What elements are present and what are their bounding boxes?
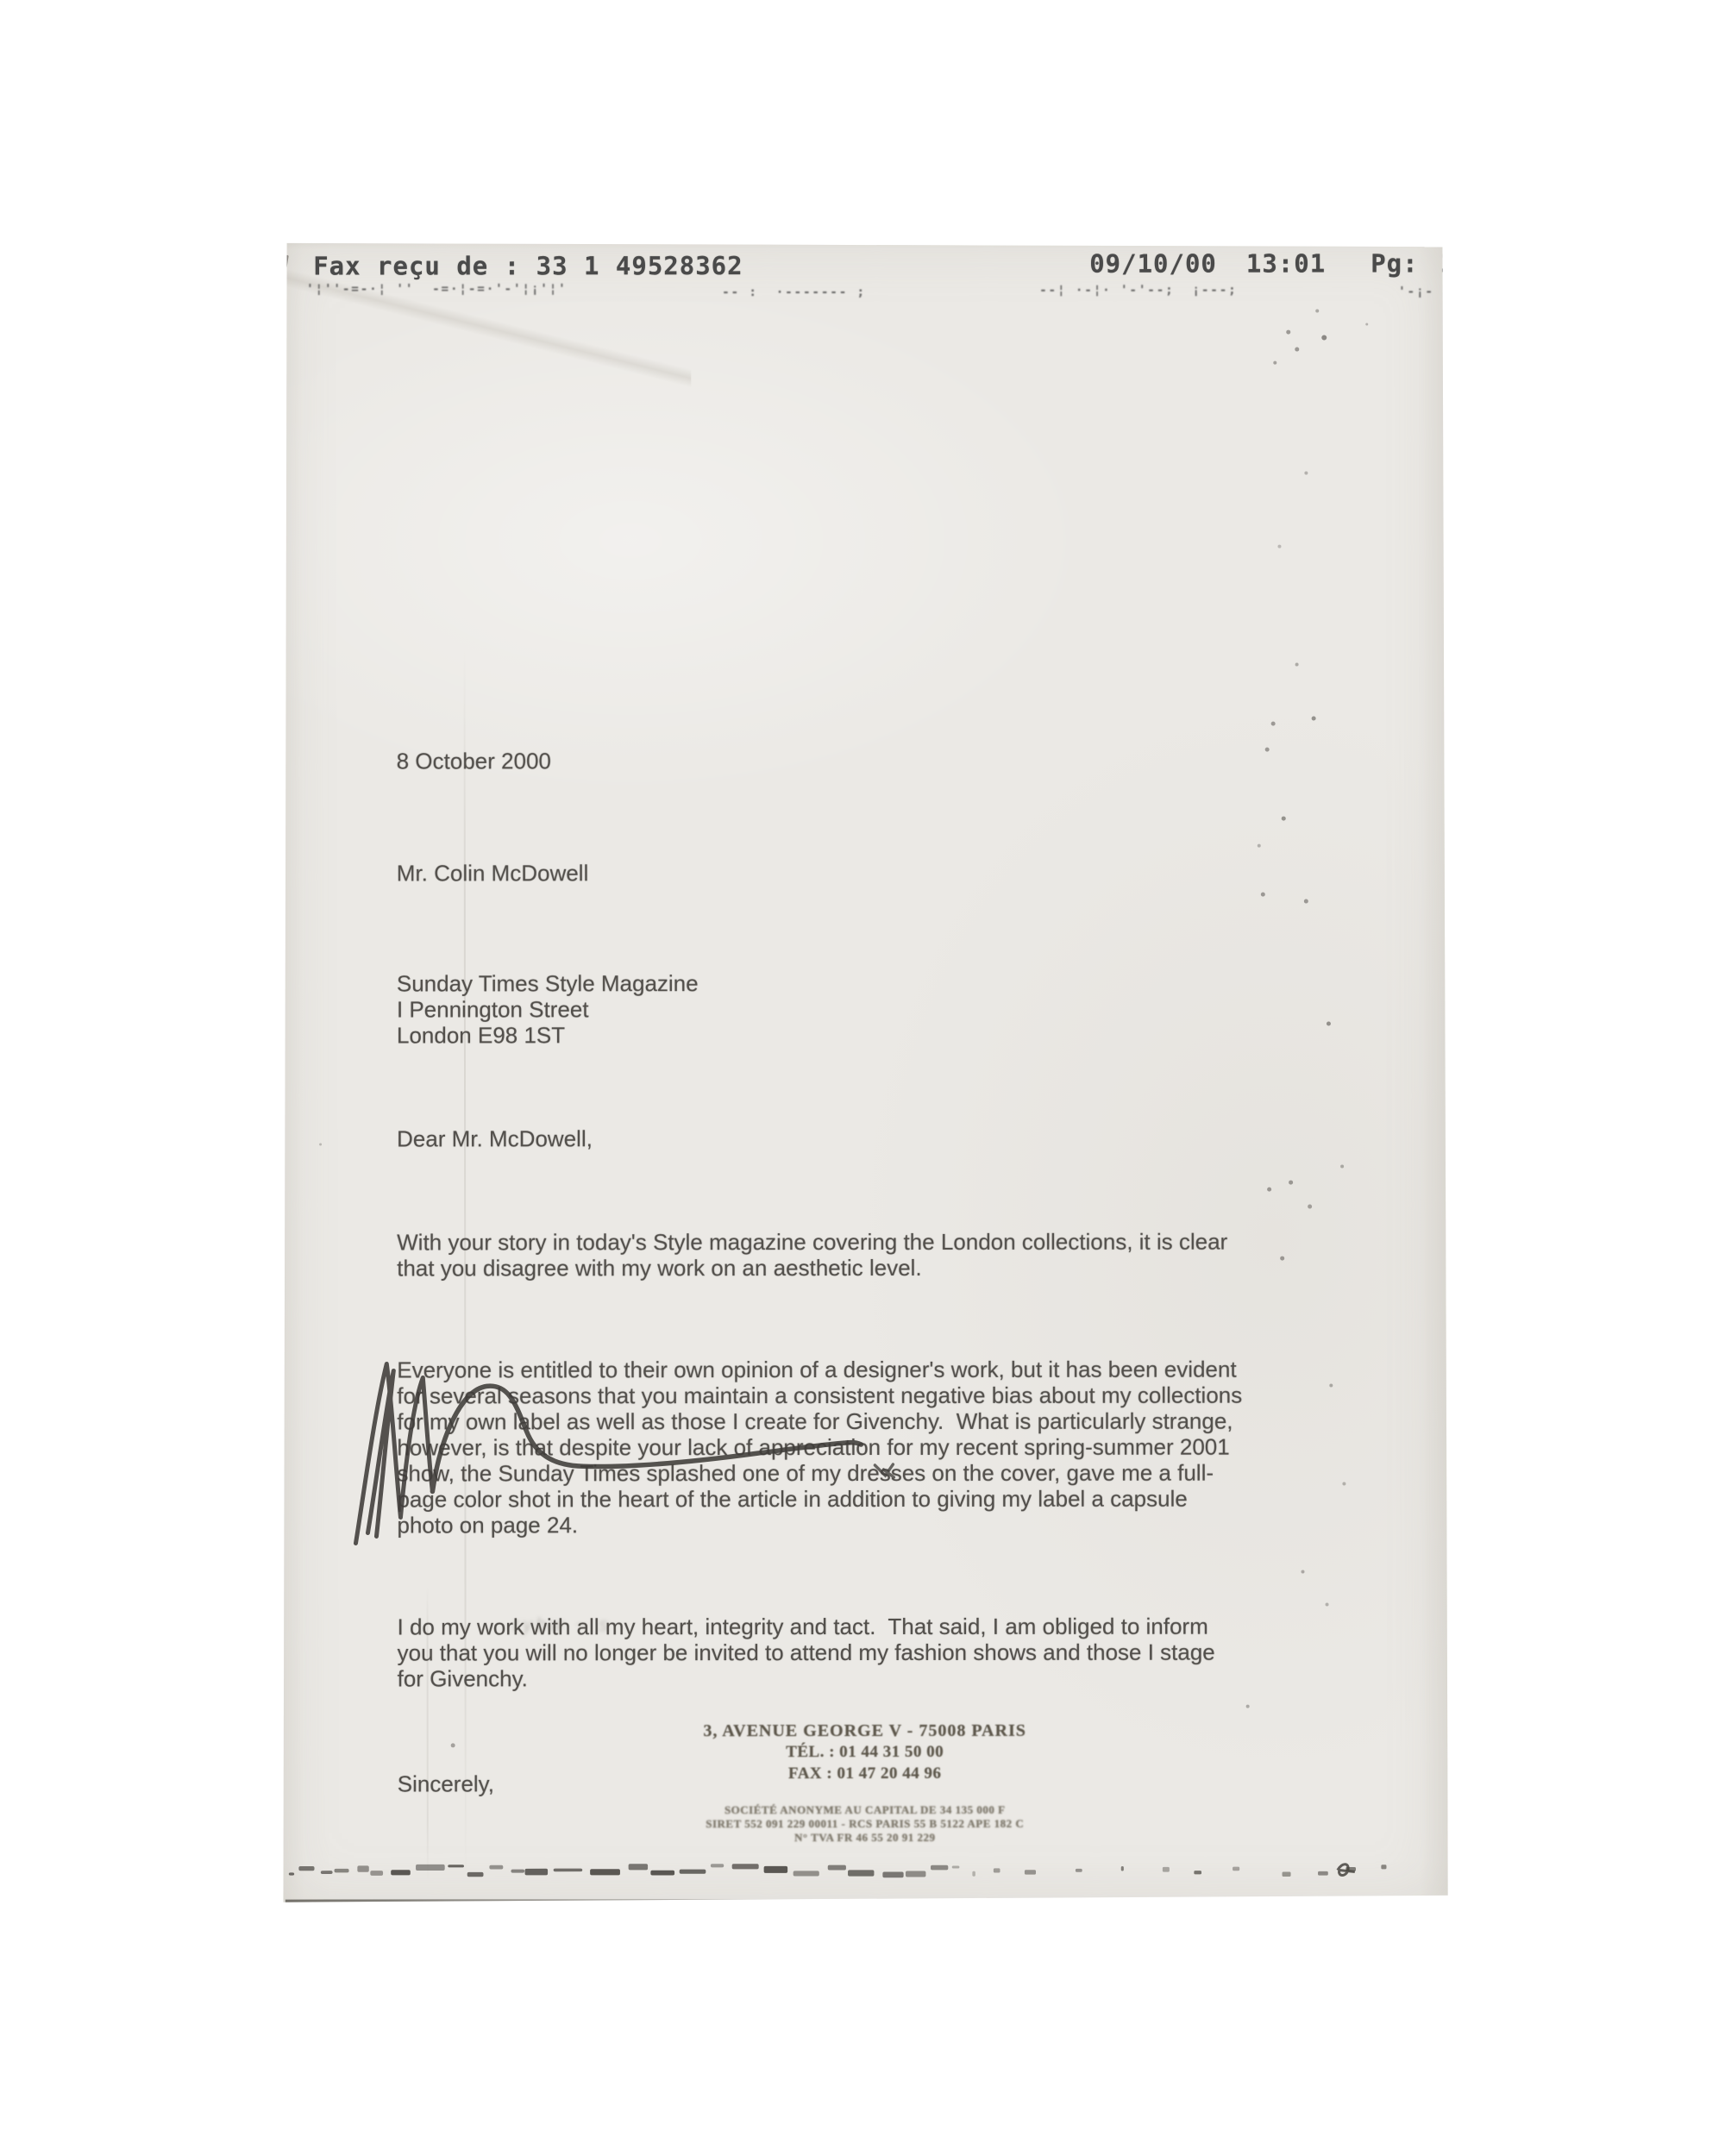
footer-fax: FAX : 01 47 20 44 96 [282, 1762, 1448, 1784]
ghost-smudge: rybw ~ s [513, 1614, 703, 1653]
footer-address: 3, AVENUE GEORGE V - 75008 PARIS [282, 1720, 1448, 1741]
salutation: Dear Mr. McDowell, [397, 1125, 1440, 1151]
scan-speck [1265, 748, 1270, 752]
fax-header-noise-mid: -- : ·------- ; [722, 285, 866, 299]
scanned-fax-letter: Fax reçu de : 33 1 49528362 09/10/0013:0… [280, 240, 1448, 1905]
scan-speck [1302, 1570, 1305, 1574]
scan-speck [319, 1144, 322, 1146]
scan-noise-band [287, 1856, 1436, 1884]
fax-date-time-page: 09/10/0013:01Pg:2 [1089, 248, 1457, 278]
fax-time: 13:01 [1246, 249, 1326, 279]
scan-speck [1340, 1165, 1344, 1169]
footer-company-line-3: N° TVA FR 46 55 20 91 229 [282, 1830, 1448, 1845]
letter-date: 8 October 2000 [397, 747, 1440, 774]
scan-speck [1327, 1022, 1331, 1026]
scan-speck [1329, 1384, 1333, 1388]
scan-speck [1315, 310, 1319, 313]
scan-speck [1326, 1603, 1329, 1607]
scan-speck [1304, 899, 1308, 904]
fax-header-noise-right: --¦ ·-¦· '-'--; ¡---; [1039, 284, 1237, 298]
footer-tel: TÉL. : 01 44 31 50 00 [282, 1740, 1448, 1763]
recipient-name: Mr. Colin McDowell [397, 859, 1440, 886]
scan-speck [1365, 323, 1368, 325]
fax-received-from: Fax reçu de : 33 1 49528362 [313, 251, 743, 280]
scan-speck [1342, 1482, 1345, 1486]
footer-company-line-2: SIRET 552 091 229 00011 - RCS PARIS 55 B… [282, 1816, 1448, 1831]
fax-header-noise-pg: '-¡- =·,- [1398, 285, 1479, 298]
paragraph-1: With your story in today's Style magazin… [397, 1228, 1440, 1281]
scan-speck [1321, 335, 1327, 341]
signer-name: Alexander McQueen [392, 1927, 1441, 1953]
fax-header-noise-left: '¦''-=-·¦ '' -=·¦-=·'-'¦¡'¦' [306, 282, 567, 296]
fax-transmission-header: Fax reçu de : 33 1 49528362 09/10/0013:0… [280, 247, 1446, 308]
scan-speck [1282, 817, 1286, 821]
fax-page-number: 2 [1441, 248, 1457, 278]
footer-company-registration: SOCIÉTÉ ANONYME AU CAPITAL DE 34 135 000… [282, 1802, 1448, 1845]
recipient-address: Sunday Times Style Magazine I Pennington… [397, 969, 1440, 1048]
fax-date: 09/10/00 [1089, 249, 1217, 279]
scan-speck [1246, 1705, 1250, 1708]
scan-speck [1267, 1188, 1271, 1192]
letterhead-footer: 3, AVENUE GEORGE V - 75008 PARIS TÉL. : … [282, 1720, 1448, 1845]
scan-speck [1295, 663, 1299, 667]
scan-speck-layer [280, 240, 1446, 241]
scan-speck [1261, 893, 1265, 897]
scan-speck [1271, 722, 1276, 726]
scan-speck [1277, 545, 1281, 548]
scan-speck [1083, 1420, 1086, 1423]
scan-speck [1289, 1181, 1293, 1185]
scan-speck [1308, 1205, 1312, 1209]
scan-speck [1258, 844, 1261, 848]
fax-page-label: Pg: [1371, 248, 1418, 278]
scan-speck [1312, 717, 1316, 721]
scan-speck [1273, 361, 1276, 365]
paragraph-2: Everyone is entitled to their own opinio… [397, 1356, 1440, 1538]
scan-speck [451, 1743, 455, 1747]
scan-speck [1295, 348, 1299, 352]
scan-speck [1304, 472, 1308, 475]
screenshot-root: { "fax_header": { "received_label": "Fax… [0, 0, 1725, 2156]
scan-speck [1286, 330, 1290, 335]
scan-speck [1280, 1257, 1284, 1261]
footer-company-line-1: SOCIÉTÉ ANONYME AU CAPITAL DE 34 135 000… [282, 1802, 1448, 1817]
